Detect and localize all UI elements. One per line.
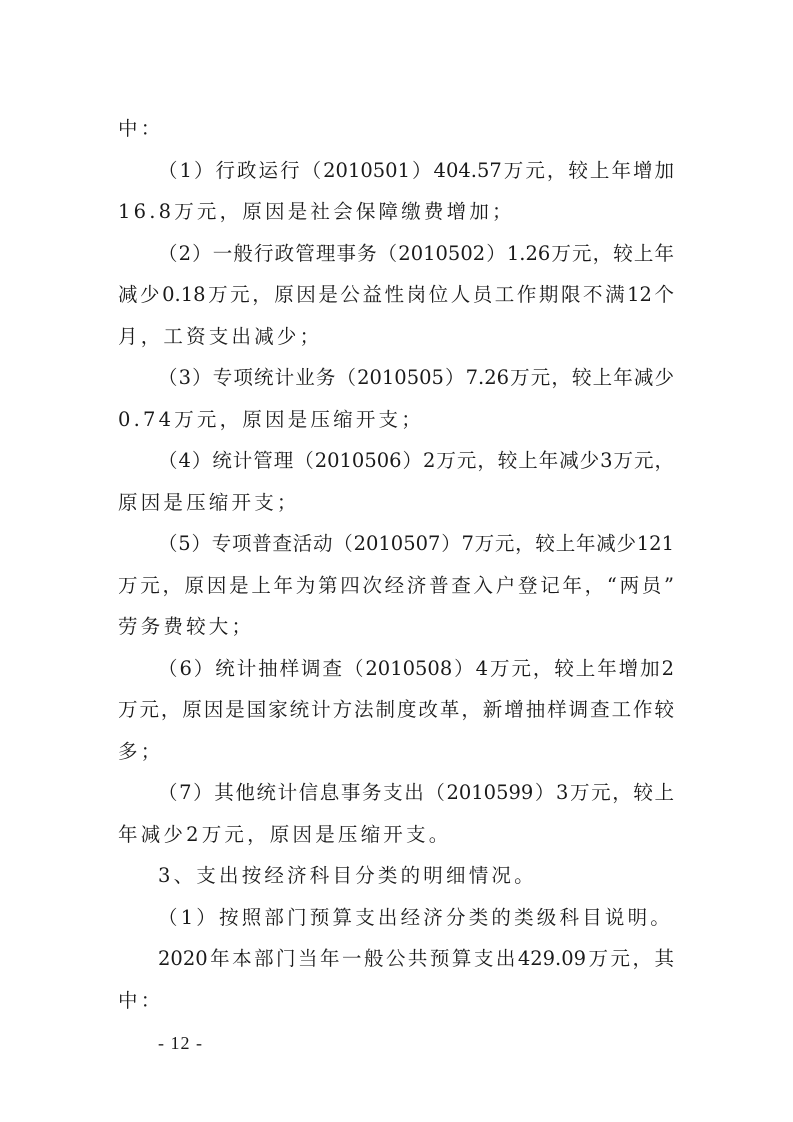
section-3-heading: 3、支出按经济科目分类的明细情况。 — [118, 855, 674, 897]
item-5-reason: 万元，原因是上年为第四次经济普查入户登记年，“两员” — [118, 565, 674, 607]
item-1-reason: 16.8万元，原因是社会保障缴费增加； — [118, 191, 674, 233]
budget-summary-cont: 中： — [118, 980, 674, 1022]
item-6-sampling-survey: （6）统计抽样调查（2010508）4万元，较上年增加2 — [118, 648, 674, 690]
text-line-continuation: 中： — [118, 108, 674, 150]
item-3-reason: 0.74万元，原因是压缩开支； — [118, 399, 674, 441]
page-number: - 12 - — [158, 1033, 203, 1054]
item-2-reason-cont: 月，工资支出减少； — [118, 316, 674, 358]
item-5-reason-cont: 劳务费较大； — [118, 606, 674, 648]
item-7-reason: 年减少2万元，原因是压缩开支。 — [118, 814, 674, 856]
document-page-body: 中： （1）行政运行（2010501）404.57万元，较上年增加 16.8万元… — [118, 108, 674, 1021]
item-6-reason: 万元，原因是国家统计方法制度改革，新增抽样调查工作较 — [118, 689, 674, 731]
item-6-reason-cont: 多； — [118, 731, 674, 773]
budget-summary-paragraph: 2020年本部门当年一般公共预算支出429.09万元，其 — [118, 938, 674, 980]
item-5-special-census: （5）专项普查活动（2010507）7万元，较上年减少121 — [118, 523, 674, 565]
item-7-other-statistics: （7）其他统计信息事务支出（2010599）3万元，较上 — [118, 772, 674, 814]
item-2-reason: 减少0.18万元，原因是公益性岗位人员工作期限不满12个 — [118, 274, 674, 316]
item-3-special-statistics: （3）专项统计业务（2010505）7.26万元，较上年减少 — [118, 357, 674, 399]
item-4-reason: 原因是压缩开支； — [118, 482, 674, 524]
item-1-administrative-operation: （1）行政运行（2010501）404.57万元，较上年增加 — [118, 150, 674, 192]
item-2-general-admin-affairs: （2）一般行政管理事务（2010502）1.26万元，较上年 — [118, 233, 674, 275]
subsection-1-heading: （1）按照部门预算支出经济分类的类级科目说明。 — [118, 897, 674, 939]
item-4-statistics-management: （4）统计管理（2010506）2万元，较上年减少3万元， — [118, 440, 674, 482]
